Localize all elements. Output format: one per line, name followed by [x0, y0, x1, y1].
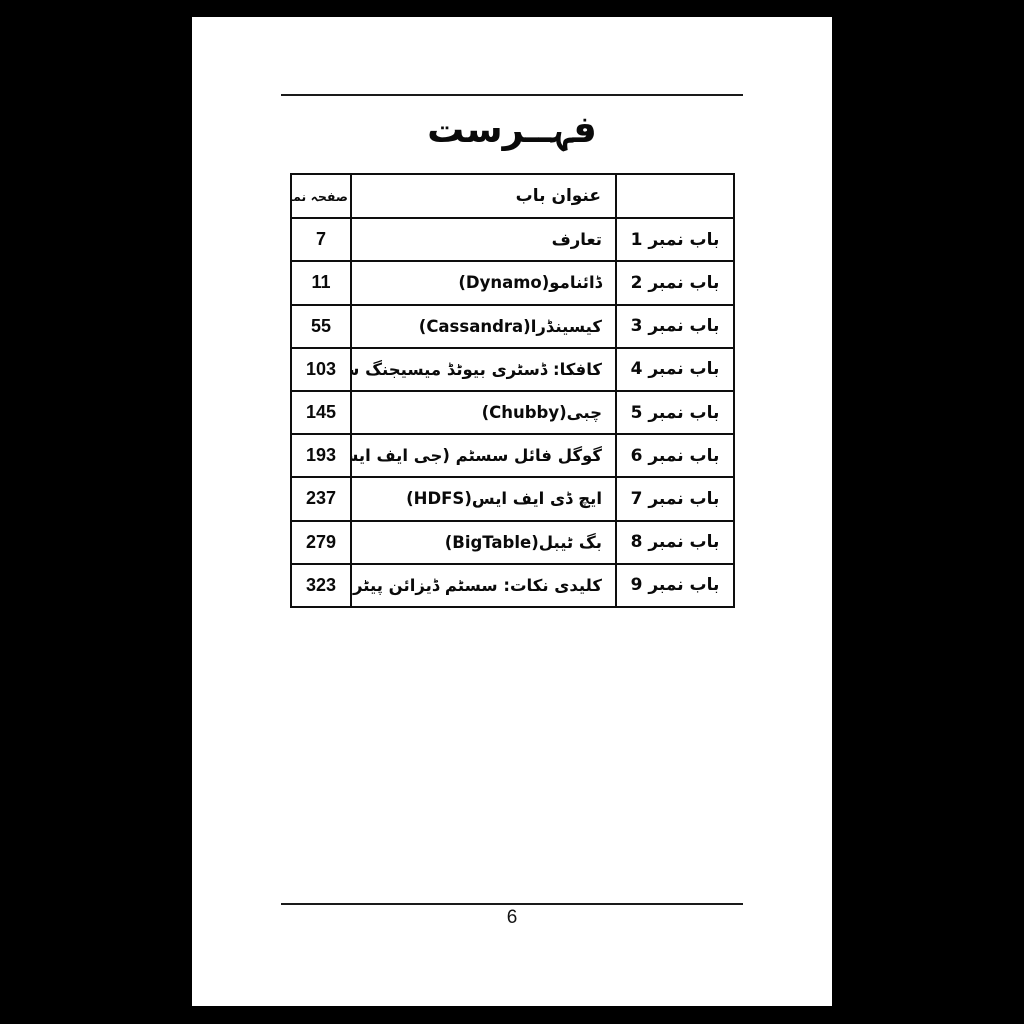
chapter-number: باب نمبر 1: [616, 218, 734, 261]
chapter-title: بگ ٹیبل(BigTable): [351, 521, 616, 564]
table-row: باب نمبر 3 کیسینڈرا(Cassandra) 55: [291, 305, 734, 348]
chapter-title: کلیدی نکات: سسٹم ڈیزائن پیٹرنز: [351, 564, 616, 607]
chapter-title: گوگل فائل سسٹم (جی ایف ایس): [351, 434, 616, 477]
chapter-column-header: [616, 174, 734, 218]
table-of-contents: عنوان باب صفحہ نمبر باب نمبر 1 تعارف 7 ب…: [290, 173, 735, 608]
scan-background: فہــرست عنوان باب صفحہ نمبر باب نمبر 1 ت…: [0, 0, 1024, 1024]
chapter-title: کافکا: ڈسٹری بیوٹڈ میسیجنگ سسٹم: [351, 348, 616, 391]
table-row: باب نمبر 9 کلیدی نکات: سسٹم ڈیزائن پیٹرن…: [291, 564, 734, 607]
chapter-title: کیسینڈرا(Cassandra): [351, 305, 616, 348]
chapter-number: باب نمبر 9: [616, 564, 734, 607]
footer-rule: [281, 903, 743, 905]
chapter-title: تعارف: [351, 218, 616, 261]
chapter-page-number: 7: [291, 218, 351, 261]
table-row: باب نمبر 7 ایچ ڈی ایف ایس(HDFS) 237: [291, 477, 734, 520]
chapter-number: باب نمبر 8: [616, 521, 734, 564]
header-rule: [281, 94, 743, 96]
chapter-title: ایچ ڈی ایف ایس(HDFS): [351, 477, 616, 520]
book-page: فہــرست عنوان باب صفحہ نمبر باب نمبر 1 ت…: [192, 17, 832, 1006]
chapter-page-number: 55: [291, 305, 351, 348]
table-row: باب نمبر 1 تعارف 7: [291, 218, 734, 261]
table-row: باب نمبر 4 کافکا: ڈسٹری بیوٹڈ میسیجنگ سس…: [291, 348, 734, 391]
chapter-number: باب نمبر 3: [616, 305, 734, 348]
chapter-page-number: 237: [291, 477, 351, 520]
table-row: باب نمبر 6 گوگل فائل سسٹم (جی ایف ایس) 1…: [291, 434, 734, 477]
table-row: باب نمبر 5 چبی(Chubby) 145: [291, 391, 734, 434]
chapter-number: باب نمبر 7: [616, 477, 734, 520]
chapter-title: چبی(Chubby): [351, 391, 616, 434]
chapter-number: باب نمبر 5: [616, 391, 734, 434]
table-row: باب نمبر 2 ڈائنامو(Dynamo) 11: [291, 261, 734, 304]
table-row: باب نمبر 8 بگ ٹیبل(BigTable) 279: [291, 521, 734, 564]
toc-header-row: عنوان باب صفحہ نمبر: [291, 174, 734, 218]
title-column-header: عنوان باب: [351, 174, 616, 218]
chapter-page-number: 11: [291, 261, 351, 304]
chapter-page-number: 145: [291, 391, 351, 434]
chapter-number: باب نمبر 4: [616, 348, 734, 391]
contents-title: فہــرست: [192, 107, 832, 153]
page-column-header: صفحہ نمبر: [291, 174, 351, 218]
chapter-page-number: 323: [291, 564, 351, 607]
chapter-number: باب نمبر 6: [616, 434, 734, 477]
chapter-title: ڈائنامو(Dynamo): [351, 261, 616, 304]
chapter-number: باب نمبر 2: [616, 261, 734, 304]
chapter-page-number: 279: [291, 521, 351, 564]
chapter-page-number: 103: [291, 348, 351, 391]
folio-page-number: 6: [192, 907, 832, 929]
chapter-page-number: 193: [291, 434, 351, 477]
